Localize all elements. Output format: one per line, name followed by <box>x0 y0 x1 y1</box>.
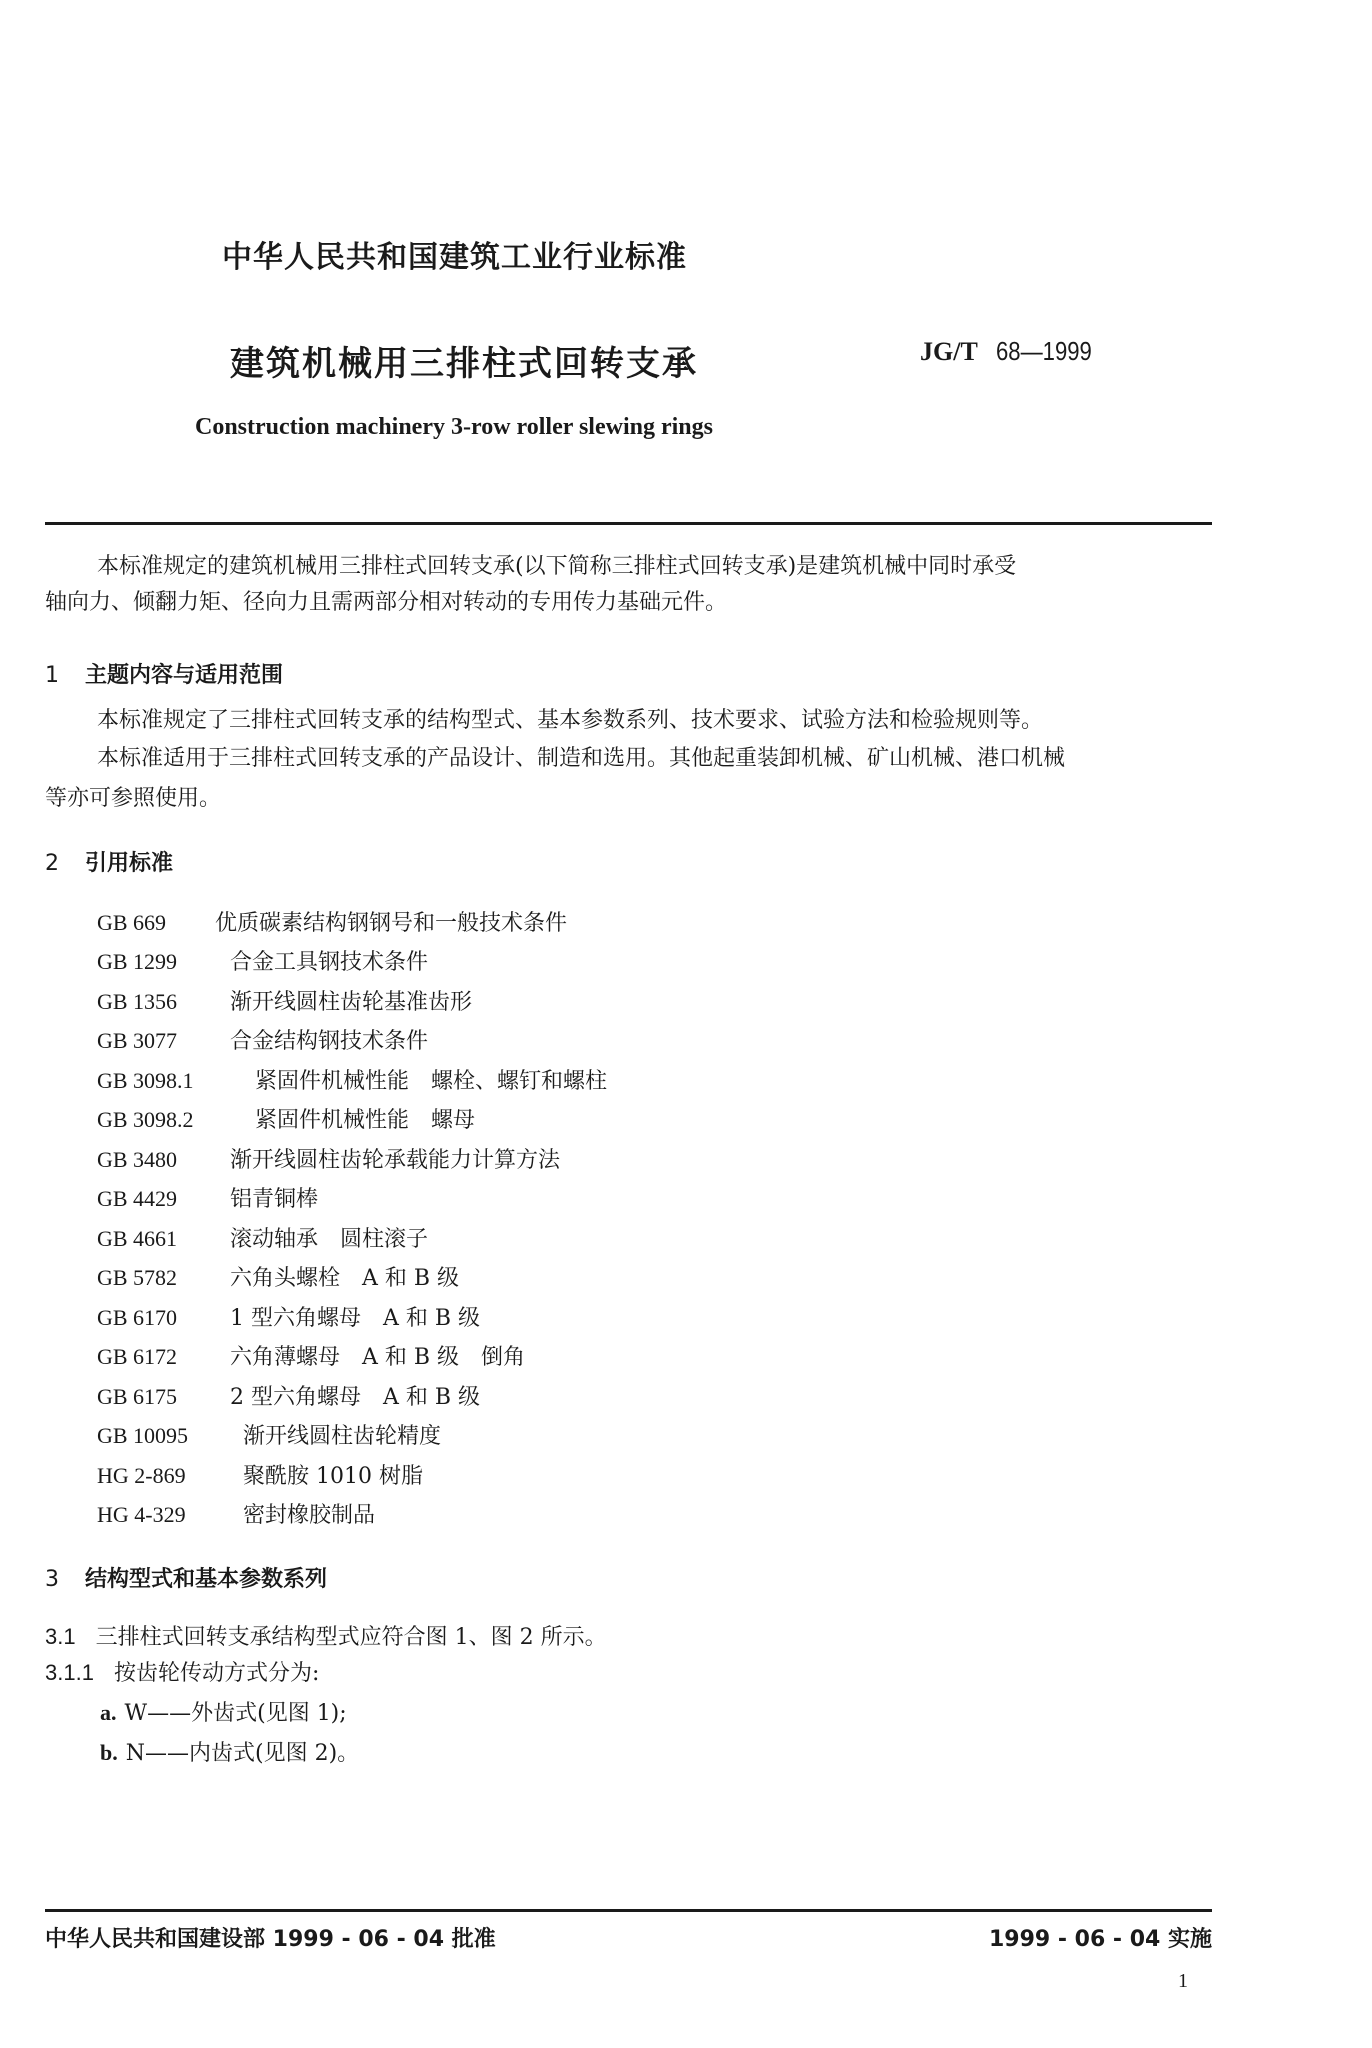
list-item-b: b.N——内齿式(见图 2)。 <box>100 1736 359 1767</box>
document-title-en: Construction machinery 3-row roller slew… <box>195 414 713 441</box>
approval-date: 中华人民共和国建设部 1999 - 06 - 04 批准 <box>45 1922 496 1953</box>
intro-line-2: 轴向力、倾翻力矩、径向力且需两部分相对转动的专用传力基础元件。 <box>45 592 727 614</box>
section-number: 2 <box>45 851 85 876</box>
section-title: 结构型式和基本参数系列 <box>85 1567 327 1592</box>
section-number: 1 <box>45 663 85 688</box>
clause-text: 按齿轮传动方式分为: <box>114 1661 319 1686</box>
section-title: 引用标准 <box>85 851 173 876</box>
item-label: b. <box>100 1740 118 1765</box>
issuing-organization: 中华人民共和国建筑工业行业标准 <box>222 232 687 276</box>
reference-item: GB 4429铝青铜棒 <box>97 1182 318 1213</box>
section-1-paragraph-2: 本标准适用于三排柱式回转支承的产品设计、制造和选用。其他起重装卸机械、矿山机械、… <box>97 748 1065 770</box>
section-title: 主题内容与适用范围 <box>85 663 283 688</box>
list-item-a: a.W——外齿式(见图 1); <box>100 1696 347 1727</box>
reference-item: GB 3098.1紧固件机械性能 螺栓、螺钉和螺柱 <box>97 1064 607 1095</box>
section-1-heading: 1主题内容与适用范围 <box>45 658 283 689</box>
page-number: 1 <box>1178 1970 1188 1993</box>
clause-text: 三排柱式回转支承结构型式应符合图 1、图 2 所示。 <box>96 1625 607 1650</box>
document-title-cn: 建筑机械用三排柱式回转支承 <box>230 336 698 385</box>
section-1-paragraph-1: 本标准规定了三排柱式回转支承的结构型式、基本参数系列、技术要求、试验方法和检验规… <box>97 710 1043 732</box>
standard-code: JG/T 68—1999 <box>920 336 1109 367</box>
section-3-heading: 3结构型式和基本参数系列 <box>45 1562 327 1593</box>
standard-code-number: 68—1999 <box>996 336 1092 367</box>
reference-item: GB 1299合金工具钢技术条件 <box>97 945 428 976</box>
item-label: a. <box>100 1700 117 1725</box>
reference-item: GB 3098.2紧固件机械性能 螺母 <box>97 1103 475 1134</box>
reference-item: HG 4-329密封橡胶制品 <box>97 1498 375 1529</box>
reference-item: GB 3480渐开线圆柱齿轮承载能力计算方法 <box>97 1143 560 1174</box>
header-divider <box>45 522 1212 525</box>
reference-item: GB 4661滚动轴承 圆柱滚子 <box>97 1222 428 1253</box>
implementation-date: 1999 - 06 - 04 实施 <box>989 1922 1212 1953</box>
reference-item: GB 1356渐开线圆柱齿轮基准齿形 <box>97 985 472 1016</box>
clause-number: 3.1.1 <box>45 1660 94 1686</box>
section-number: 3 <box>45 1567 85 1592</box>
item-text: W——外齿式(见图 1); <box>125 1701 347 1726</box>
section-1-paragraph-3: 等亦可参照使用。 <box>45 788 221 810</box>
reference-item: GB 61752 型六角螺母 A 和 B 级 <box>97 1380 480 1411</box>
reference-item: GB 3077合金结构钢技术条件 <box>97 1024 428 1055</box>
reference-item: GB 61701 型六角螺母 A 和 B 级 <box>97 1301 480 1332</box>
reference-item: GB 10095渐开线圆柱齿轮精度 <box>97 1419 441 1450</box>
clause-3-1-1: 3.1.1按齿轮传动方式分为: <box>45 1656 319 1687</box>
reference-item: GB 5782六角头螺栓 A 和 B 级 <box>97 1261 459 1292</box>
item-text: N——内齿式(见图 2)。 <box>126 1741 359 1766</box>
section-2-heading: 2引用标准 <box>45 846 173 877</box>
intro-line-1: 本标准规定的建筑机械用三排柱式回转支承(以下简称三排柱式回转支承)是建筑机械中同… <box>97 556 1016 578</box>
reference-item: GB 6172六角薄螺母 A 和 B 级 倒角 <box>97 1340 525 1371</box>
reference-item: GB 669优质碳素结构钢钢号和一般技术条件 <box>97 906 567 937</box>
clause-number: 3.1 <box>45 1624 76 1650</box>
clause-3-1: 3.1三排柱式回转支承结构型式应符合图 1、图 2 所示。 <box>45 1620 607 1651</box>
standard-code-prefix: JG/T <box>920 337 978 366</box>
reference-item: HG 2-869聚酰胺 1010 树脂 <box>97 1459 423 1490</box>
footer-divider <box>45 1909 1212 1912</box>
